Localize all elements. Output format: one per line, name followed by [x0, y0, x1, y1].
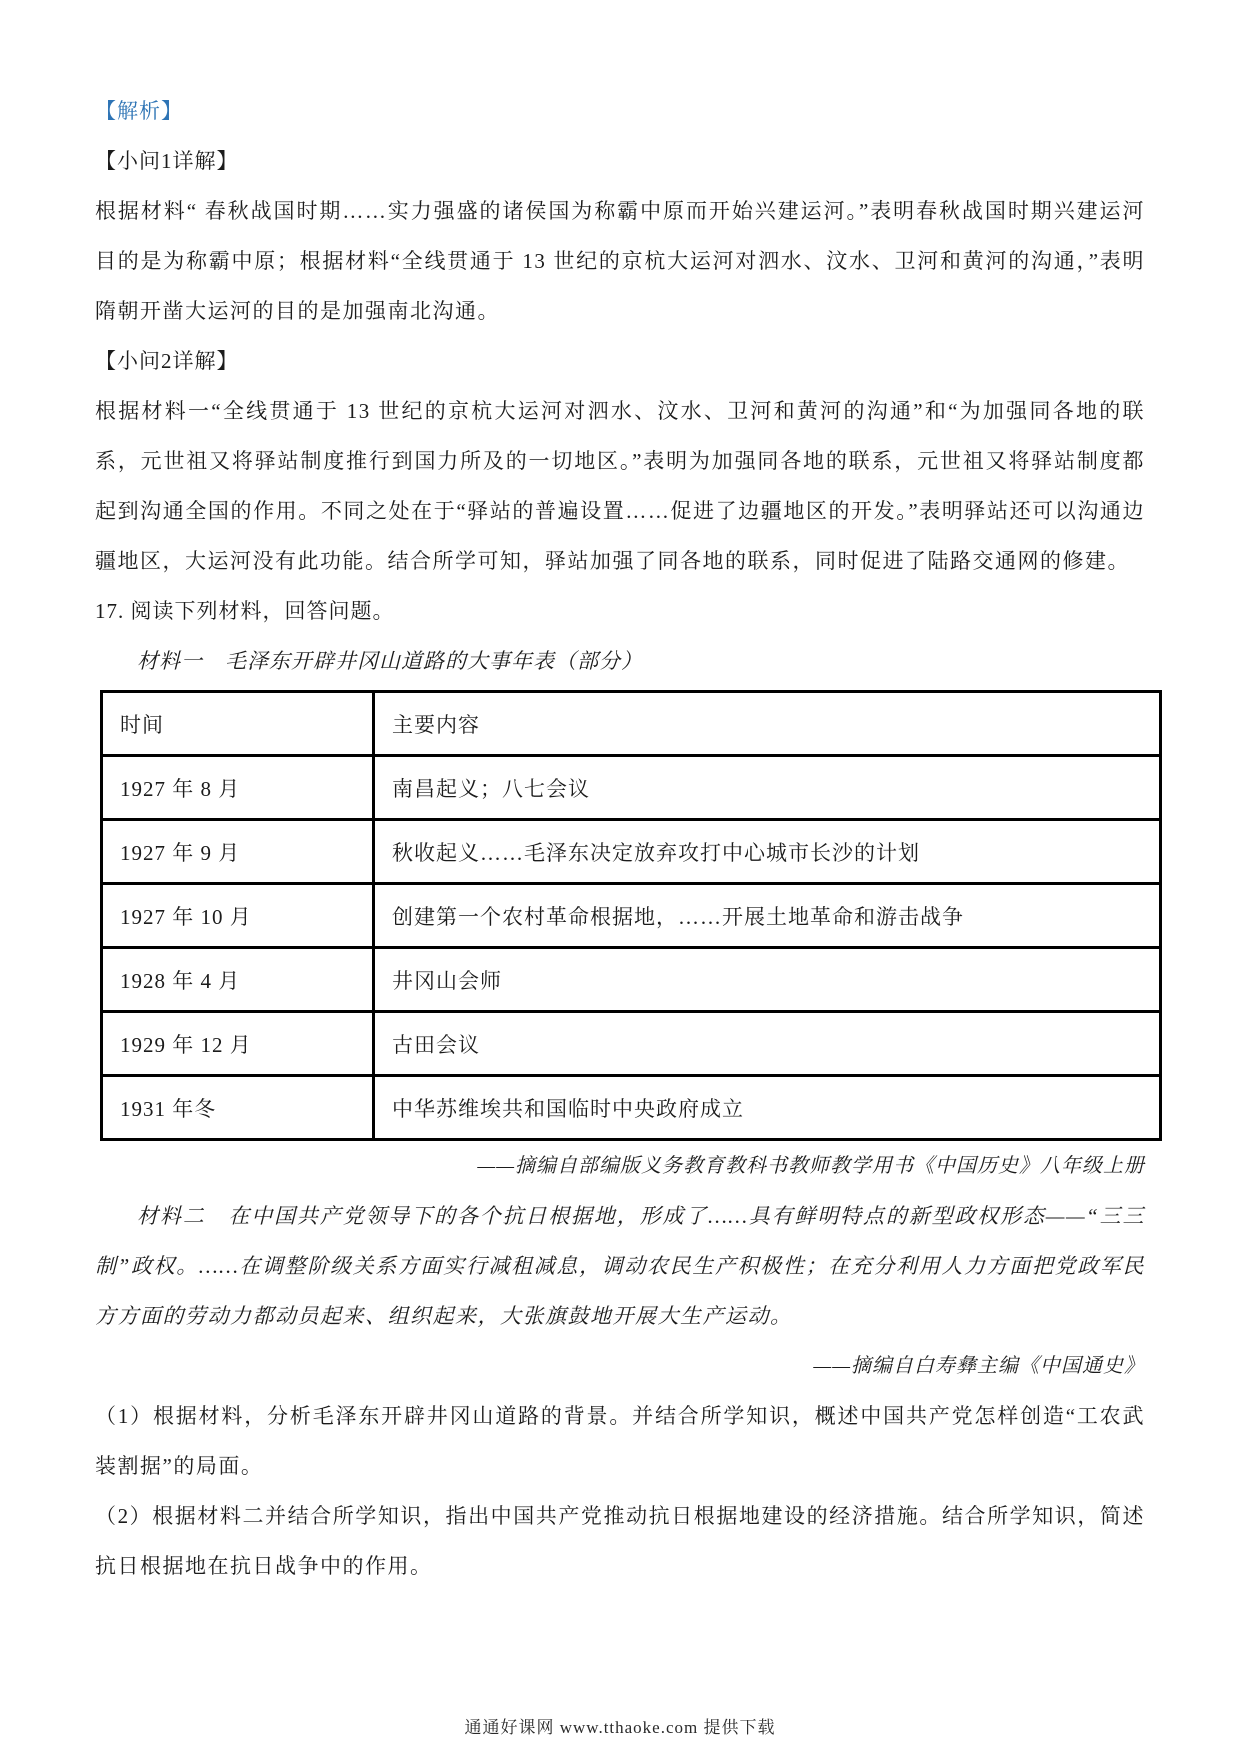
table-header-time: 时间 — [102, 692, 374, 756]
table-header-content: 主要内容 — [374, 692, 1161, 756]
sub-question-1-header: 【小问1详解】 — [95, 136, 1145, 186]
question-17-stem: 17. 阅读下列材料，回答问题。 — [95, 586, 1145, 636]
sub-question-2-header: 【小问2详解】 — [95, 336, 1145, 386]
table-cell-content: 南昌起义；八七会议 — [374, 756, 1161, 820]
table-cell-time: 1927 年 9 月 — [102, 820, 374, 884]
table-row: 1931 年冬 中华苏维埃共和国临时中央政府成立 — [102, 1076, 1161, 1140]
table-cell-content: 创建第一个农村革命根据地，……开展土地革命和游击战争 — [374, 884, 1161, 948]
sub-question-2-text: （2）根据材料二并结合所学知识，指出中国共产党推动抗日根据地建设的经济措施。结合… — [95, 1491, 1145, 1591]
table-cell-time: 1927 年 10 月 — [102, 884, 374, 948]
table-cell-content: 井冈山会师 — [374, 948, 1161, 1012]
material-1-heading: 材料一 毛泽东开辟井冈山道路的大事年表（部分） — [95, 636, 1145, 686]
table-header-row: 时间 主要内容 — [102, 692, 1161, 756]
table-cell-time: 1931 年冬 — [102, 1076, 374, 1140]
material-1-table: 时间 主要内容 1927 年 8 月 南昌起义；八七会议 1927 年 9 月 … — [100, 690, 1162, 1141]
table-row: 1927 年 10 月 创建第一个农村革命根据地，……开展土地革命和游击战争 — [102, 884, 1161, 948]
table-cell-content: 中华苏维埃共和国临时中央政府成立 — [374, 1076, 1161, 1140]
document-page: { "analysis": { "header": "【解析】", "heade… — [0, 0, 1240, 1754]
table-cell-time: 1927 年 8 月 — [102, 756, 374, 820]
table-row: 1927 年 9 月 秋收起义……毛泽东决定放弃攻打中心城市长沙的计划 — [102, 820, 1161, 884]
material-2-paragraph: 材料二 在中国共产党领导下的各个抗日根据地，形成了……具有鲜明特点的新型政权形态… — [95, 1191, 1145, 1341]
sub-question-1-explanation: 根据材料“ 春秋战国时期……实力强盛的诸侯国为称霸中原而开始兴建运河。”表明春秋… — [95, 186, 1145, 336]
table-row: 1927 年 8 月 南昌起义；八七会议 — [102, 756, 1161, 820]
sub-question-2-explanation: 根据材料一“全线贯通于 13 世纪的京杭大运河对泗水、汶水、卫河和黄河的沟通”和… — [95, 386, 1145, 586]
table-row: 1928 年 4 月 井冈山会师 — [102, 948, 1161, 1012]
page-content: 【解析】 【小问1详解】 根据材料“ 春秋战国时期……实力强盛的诸侯国为称霸中原… — [0, 0, 1240, 1591]
table-cell-time: 1929 年 12 月 — [102, 1012, 374, 1076]
material-1-source: ——摘编自部编版义务教育教科书教师教学用书《中国历史》八年级上册 — [95, 1141, 1145, 1191]
table-cell-content: 古田会议 — [374, 1012, 1161, 1076]
sub-question-1-text: （1）根据材料，分析毛泽东开辟井冈山道路的背景。并结合所学知识，概述中国共产党怎… — [95, 1391, 1145, 1491]
analysis-header: 【解析】 — [95, 86, 1145, 136]
table-cell-time: 1928 年 4 月 — [102, 948, 374, 1012]
material-2-source: ——摘编自白寿彝主编《中国通史》 — [95, 1341, 1145, 1391]
table-row: 1929 年 12 月 古田会议 — [102, 1012, 1161, 1076]
site-footer: 通通好课网 www.tthaoke.com 提供下载 — [0, 1713, 1240, 1738]
table-cell-content: 秋收起义……毛泽东决定放弃攻打中心城市长沙的计划 — [374, 820, 1161, 884]
